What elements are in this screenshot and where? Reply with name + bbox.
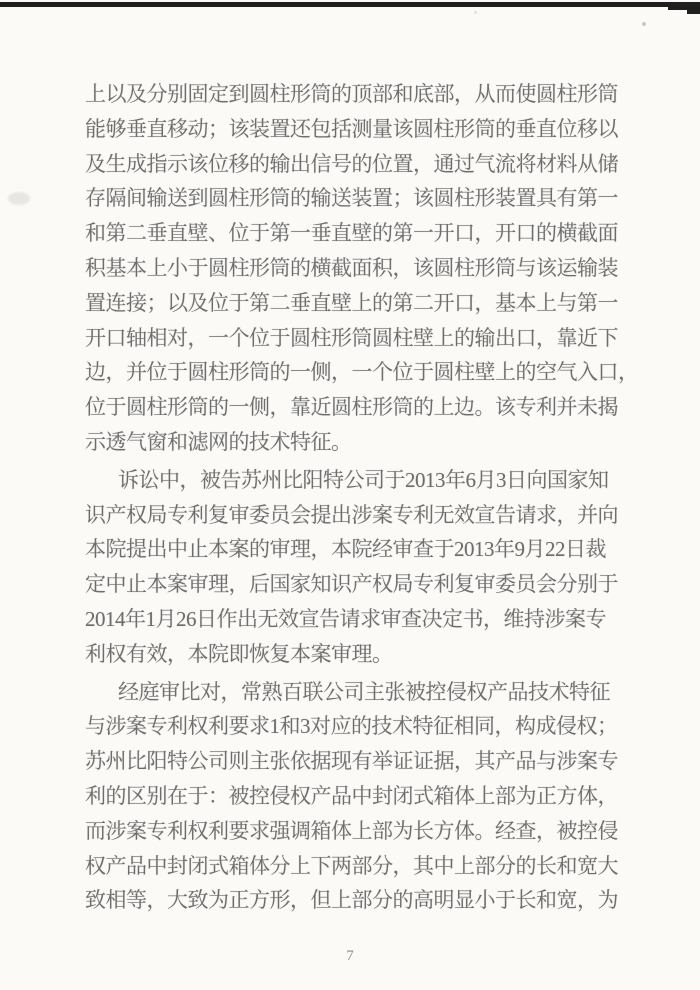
text-line: 致相等，大致为正方形，但上部分的高明显小于长和宽，为 (85, 883, 625, 918)
text-line: 置连接；以及位于第二垂直壁上的第二开口，基本上与第一 (85, 286, 625, 321)
text-line: 位于圆柱形筒的一侧，靠近圆柱形筒的上边。该专利并未揭 (85, 390, 625, 425)
text-line: 开口轴相对，一个位于圆柱形筒圆柱壁上的输出口，靠近下 (85, 321, 625, 356)
document-body: 上以及分别固定到圆柱形筒的顶部和底部，从而使圆柱形筒能够垂直移动；该装置还包括测… (85, 77, 625, 921)
text-line: 存隔间输送到圆柱形筒的输送装置；该圆柱形装置具有第一 (85, 181, 625, 216)
text-line: 苏州比阳特公司则主张依据现有举证证据，其产品与涉案专 (85, 744, 625, 779)
text-line: 诉讼中，被告苏州比阳特公司于2013年6月3日向国家知 (85, 463, 625, 498)
text-line: 利的区别在于：被控侵权产品中封闭式箱体上部为正方体， (85, 779, 625, 814)
paragraph: 诉讼中，被告苏州比阳特公司于2013年6月3日向国家知识产权局专利复审委员会提出… (85, 463, 625, 672)
text-line: 能够垂直移动；该装置还包括测量该圆柱形筒的垂直位移以 (85, 112, 625, 147)
text-line: 积基本上小于圆柱形筒的横截面积，该圆柱形筒与该运输装 (85, 251, 625, 286)
text-line: 示透气窗和滤网的技术特征。 (85, 425, 625, 460)
text-line: 2014年1月26日作出无效宣告请求审查决定书，维持涉案专 (85, 602, 625, 637)
scan-smudge (8, 192, 30, 205)
text-line: 与涉案专利权利要求1和3对应的技术特征相同，构成侵权； (85, 709, 625, 744)
scanned-document-page: 上以及分别固定到圆柱形筒的顶部和底部，从而使圆柱形筒能够垂直移动；该装置还包括测… (0, 0, 700, 990)
text-line: 经庭审比对，常熟百联公司主张被控侵权产品技术特征 (85, 675, 625, 710)
text-line: 及生成指示该位移的输出信号的位置，通过气流将材料从储 (85, 147, 625, 182)
scan-artifact-top-right-corner-hook (687, 2, 700, 14)
scan-speck (474, 11, 477, 14)
text-line: 权产品中封闭式箱体分上下两部分，其中上部分的长和宽大 (85, 849, 625, 884)
scan-speck (642, 22, 646, 26)
text-line: 而涉案专利权利要求强调箱体上部为长方体。经查，被控侵 (85, 814, 625, 849)
text-line: 识产权局专利复审委员会提出涉案专利无效宣告请求，并向 (85, 498, 625, 533)
paragraph: 经庭审比对，常熟百联公司主张被控侵权产品技术特征与涉案专利权利要求1和3对应的技… (85, 675, 625, 919)
scan-artifact-top-edge (0, 2, 700, 7)
text-line: 边，并位于圆柱形筒的一侧，一个位于圆柱壁上的空气入口， (85, 355, 625, 390)
page-number: 7 (0, 948, 700, 965)
paragraph: 上以及分别固定到圆柱形筒的顶部和底部，从而使圆柱形筒能够垂直移动；该装置还包括测… (85, 77, 625, 460)
text-line: 定中止本案审理，后国家知识产权局专利复审委员会分别于 (85, 567, 625, 602)
text-line: 本院提出中止本案的审理，本院经审查于2013年9月22日裁 (85, 532, 625, 567)
text-line: 利权有效，本院即恢复本案审理。 (85, 637, 625, 672)
text-line: 上以及分别固定到圆柱形筒的顶部和底部，从而使圆柱形筒 (85, 77, 625, 112)
text-line: 和第二垂直壁、位于第一垂直壁的第一开口，开口的横截面 (85, 216, 625, 251)
